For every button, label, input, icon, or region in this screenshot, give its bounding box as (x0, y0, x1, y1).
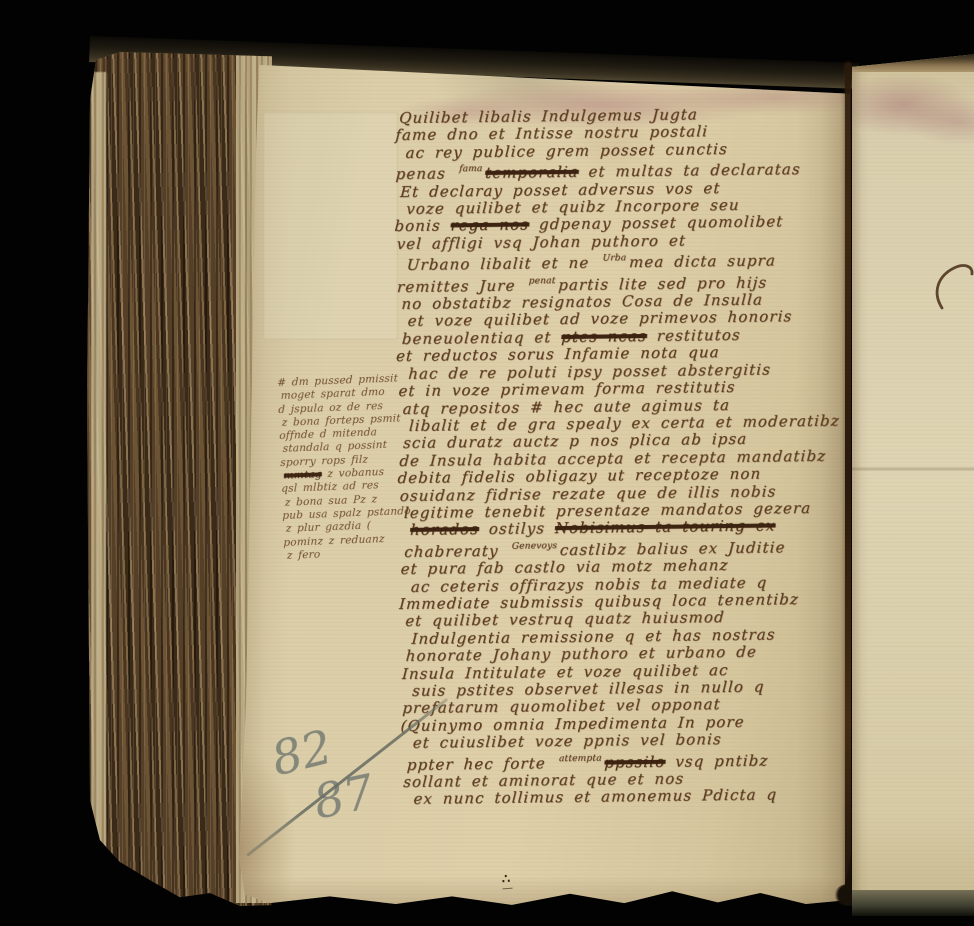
margin-light-patch (263, 112, 398, 340)
text-segment: z plur gazdia ( (286, 520, 371, 535)
right-page-bottom-edge (852, 890, 974, 916)
struck-text: rega nos (450, 216, 530, 235)
text-segment: ostilys (479, 519, 556, 538)
fore-edge-outer-page (91, 72, 106, 877)
text-segment: z vobanus (322, 466, 384, 480)
struck-text: Nobisimus ta touring ex (554, 517, 776, 538)
page-gutter (845, 62, 851, 888)
struck-text: temporalia (485, 163, 579, 182)
text-segment: z fero (287, 548, 321, 561)
text-segment: chabreraty (404, 541, 509, 560)
text-segment: Urbano libalit et ne (406, 254, 599, 274)
struck-text: ptes ncas (561, 327, 648, 346)
text-segment: restitutos (646, 326, 741, 345)
margin-annotation-block: # dm pussed pmissitmoget sparat dmod jsp… (277, 372, 413, 563)
interlinear-insertion: fama (459, 164, 483, 174)
text-segment: bonis (394, 217, 451, 236)
manuscript-page-right (852, 50, 974, 896)
main-text-block: Quilibet libalis Indulgemus Jugtafame dn… (395, 105, 844, 809)
struck-text: ppssilo (604, 752, 666, 771)
bottom-margin-mark: ∴ (501, 872, 512, 890)
text-segment: et multas ta declaratas (578, 160, 801, 181)
struck-text: horados (410, 520, 480, 539)
text-segment: vsq pntibz (665, 751, 769, 770)
text-segment: penas (395, 164, 456, 183)
manuscript-photo: # dm pussed pmissitmoget sparat dmod jsp… (0, 0, 974, 926)
text-segment: gdpenay posset quomolibet (529, 213, 784, 234)
right-page-top-edge (852, 50, 974, 72)
pen-flourish-mark (928, 254, 974, 310)
interlinear-insertion: Genevoys (511, 541, 557, 552)
interlinear-insertion: penat (528, 276, 555, 286)
struck-text: mmtag (284, 468, 322, 481)
text-segment: mea dicta supra (629, 252, 777, 272)
interlinear-insertion: attempta (559, 753, 602, 764)
interlinear-insertion: Urba (602, 253, 626, 263)
